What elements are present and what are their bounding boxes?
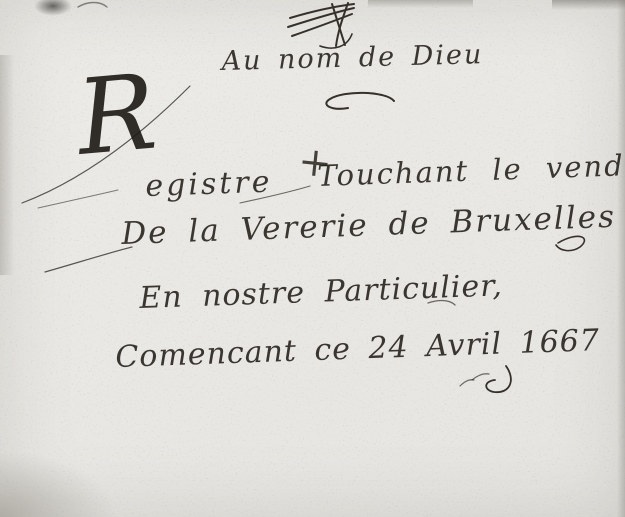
manuscript-scan: Au nom de Dieu R egistre + Touchant le v… [0, 0, 625, 517]
line-particulier: En nostre Particulier, [139, 268, 504, 316]
crossed-paraph-mark [288, 3, 354, 48]
diagonal-swash-hairline [38, 190, 118, 208]
line-vererie: De la Vererie de Bruxelles [121, 199, 617, 252]
open-oval-flourish [326, 93, 394, 109]
underline-swash [45, 247, 132, 272]
smudge-bottom-left [0, 452, 115, 517]
smudge-left-edge [0, 55, 14, 275]
smudge-top-center [368, 0, 473, 8]
bruxelles-curl [556, 236, 584, 250]
arc-top-left [78, 3, 107, 8]
descender-curl [460, 366, 511, 392]
smudge-right-edge [617, 0, 625, 517]
registre-initial-letter: R [73, 60, 160, 170]
line-date: Comencant ce 24 Avril 1667 [115, 323, 601, 375]
smudge-top-right [552, 0, 625, 10]
line-registre-continuation: Touchant le vendage [317, 146, 625, 193]
ink-blot-top-left [34, 0, 72, 16]
line-registre: egistre [145, 165, 273, 204]
line-invocation: Au nom de Dieu [221, 39, 484, 77]
